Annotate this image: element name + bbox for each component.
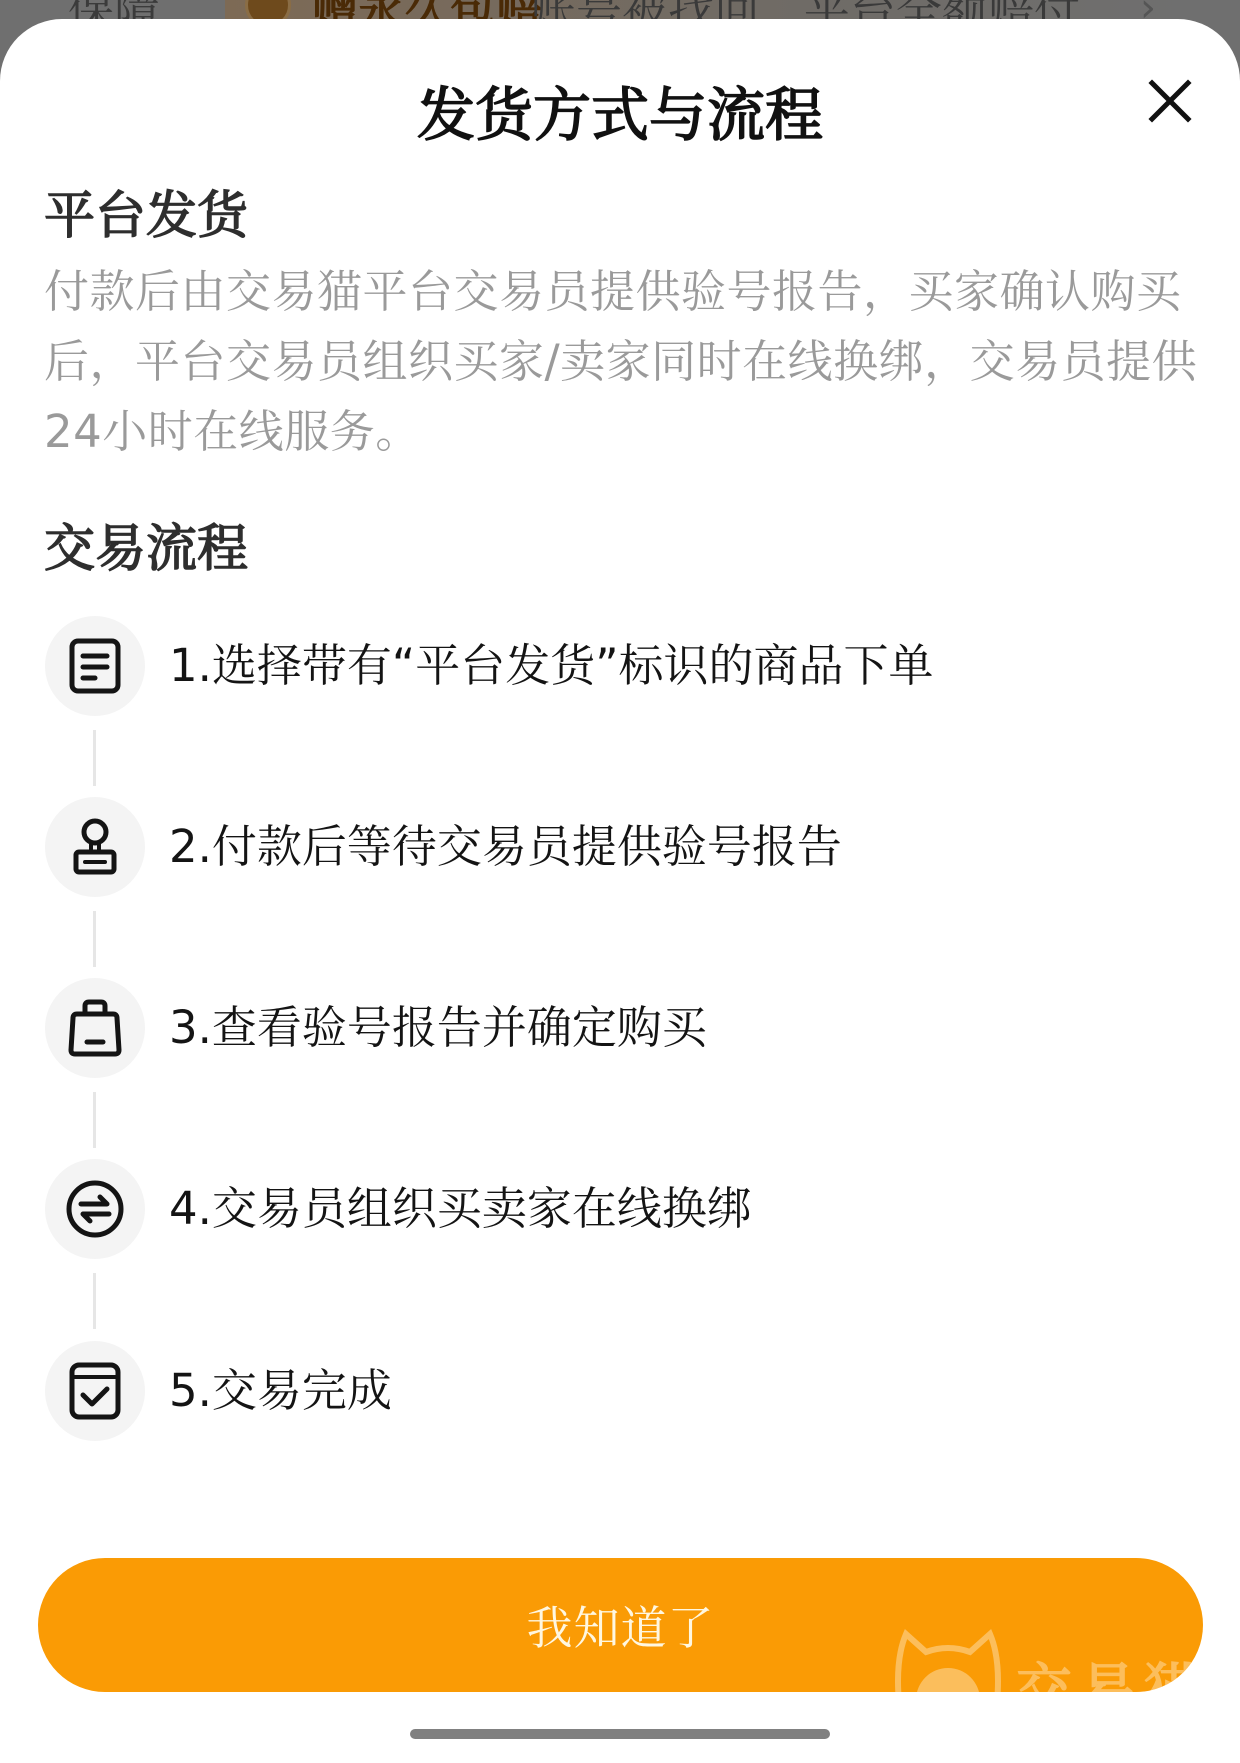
timeline-step: 1.选择带有“平台发货”标识的商品下单 — [45, 616, 1195, 716]
step-icon-circle — [45, 978, 145, 1078]
step-text: 5.交易完成 — [169, 1361, 392, 1421]
timeline-step: 3.查看验号报告并确定购买 — [45, 978, 1195, 1078]
cat-logo-icon — [888, 1622, 1008, 1692]
box-check-icon — [68, 1361, 122, 1421]
shopping-bag-icon — [67, 998, 123, 1058]
timeline-connector — [93, 730, 96, 786]
section-heading-platform: 平台发货 — [44, 187, 248, 247]
document-list-icon — [68, 637, 122, 695]
watermark-logo: 交易猫 — [888, 1622, 1203, 1692]
section-heading-process: 交易流程 — [44, 520, 248, 580]
stamp-icon — [71, 818, 119, 876]
close-icon — [1148, 79, 1192, 123]
confirm-button[interactable]: 我知道了 交易猫 — [38, 1558, 1203, 1692]
timeline-step: 4.交易员组织买卖家在线换绑 — [45, 1159, 1195, 1259]
timeline-connector — [93, 911, 96, 967]
sheet-title: 发货方式与流程 — [0, 75, 1240, 155]
step-icon-circle — [45, 616, 145, 716]
step-icon-circle — [45, 797, 145, 897]
step-text: 2.付款后等待交易员提供验号报告 — [169, 817, 842, 877]
timeline-step: 5.交易完成 — [45, 1341, 1195, 1441]
step-icon-circle — [45, 1341, 145, 1441]
step-text: 4.交易员组织买卖家在线换绑 — [169, 1179, 752, 1239]
bottom-sheet: 发货方式与流程 平台发货 付款后由交易猫平台交易员提供验号报告，买家确认购买后，… — [0, 19, 1240, 1763]
watermark-text: 交易猫 — [1016, 1646, 1203, 1692]
timeline-step: 2.付款后等待交易员提供验号报告 — [45, 797, 1195, 897]
step-text: 1.选择带有“平台发货”标识的商品下单 — [169, 636, 934, 696]
confirm-button-label: 我知道了 — [527, 1592, 715, 1658]
step-text: 3.查看验号报告并确定购买 — [169, 998, 707, 1058]
home-indicator[interactable] — [410, 1729, 830, 1739]
timeline-connector — [93, 1273, 96, 1329]
exchange-icon — [65, 1179, 125, 1239]
platform-description: 付款后由交易猫平台交易员提供验号报告，买家确认购买后，平台交易员组织买家/卖家同… — [44, 257, 1209, 467]
step-icon-circle — [45, 1159, 145, 1259]
timeline-connector — [93, 1092, 96, 1148]
close-button[interactable] — [1136, 67, 1204, 135]
